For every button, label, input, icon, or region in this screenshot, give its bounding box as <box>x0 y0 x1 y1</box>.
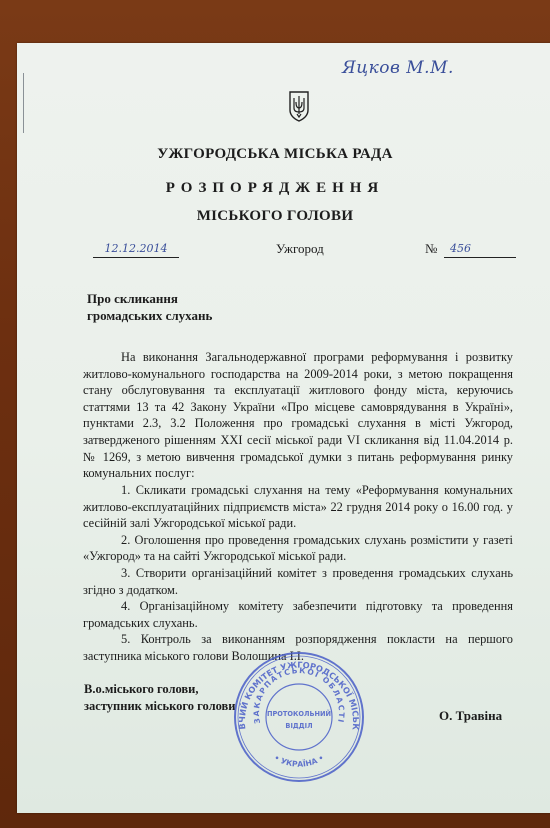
signatory-position-line-1: В.о.міського голови, <box>84 681 236 698</box>
svg-text:• УКРАЇНА •: • УКРАЇНА • <box>273 753 326 769</box>
subject-line-1: Про скликання <box>87 290 212 307</box>
document-subject: Про скликання громадських слухань <box>87 290 212 324</box>
subject-line-2: громадських слухань <box>87 307 212 324</box>
stamp-center-line-2: ВІДДІЛ <box>285 722 312 730</box>
document-date: 12.12.2014 <box>93 241 179 258</box>
document-number-label: № <box>425 241 437 257</box>
order-items-list: 1. Скликати громадські слухання на тему … <box>83 482 513 665</box>
trident-coat-of-arms-icon <box>288 90 310 122</box>
signatory-position: В.о.міського голови, заступник міського … <box>84 681 236 715</box>
official-stamp-icon: ВИКОНАВЧИЙ КОМІТЕТ УЖГОРОДСЬКОЇ МІСЬКОЇ … <box>232 650 366 784</box>
order-item-3: 3. Створити організаційний комітет з про… <box>83 565 513 598</box>
document-type-title: РОЗПОРЯДЖЕННЯ <box>0 180 550 197</box>
preamble-paragraph: На виконання Загальнодержавної програми … <box>83 349 513 482</box>
signatory-name: О. Травіна <box>439 708 502 724</box>
signatory-position-line-2: заступник міського голови <box>84 698 236 715</box>
order-item-4: 4. Організаційному комітету забезпечити … <box>83 598 513 631</box>
order-item-2: 2. Оголошення про проведення громадських… <box>83 532 513 565</box>
council-title: УЖГОРОДСЬКА МІСЬКА РАДА <box>0 146 550 163</box>
document-city: Ужгород <box>276 241 324 257</box>
stamp-bottom-text: • УКРАЇНА • <box>273 753 326 769</box>
document-number: 456 <box>444 241 516 258</box>
stamp-center-line-1: ПРОТОКОЛЬНИЙ <box>267 709 331 718</box>
order-item-1: 1. Скликати громадські слухання на тему … <box>83 482 513 532</box>
page-edge-mark <box>23 73 24 133</box>
document-meta-row: 12.12.2014 Ужгород № 456 <box>0 241 550 261</box>
handwritten-recipient-note: Яцков М.М. <box>342 58 454 78</box>
issuer-title: МІСЬКОГО ГОЛОВИ <box>0 208 550 225</box>
